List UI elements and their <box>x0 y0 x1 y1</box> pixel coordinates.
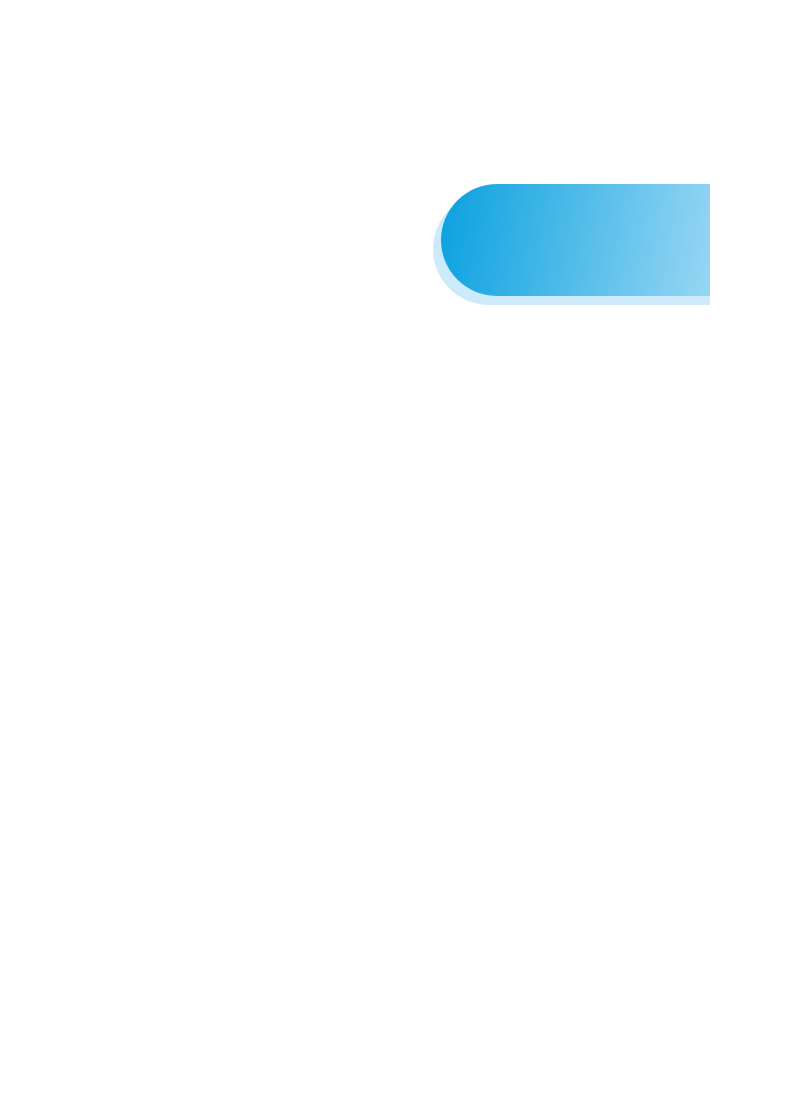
contents-banner <box>441 184 710 296</box>
toc-list <box>228 395 712 1045</box>
